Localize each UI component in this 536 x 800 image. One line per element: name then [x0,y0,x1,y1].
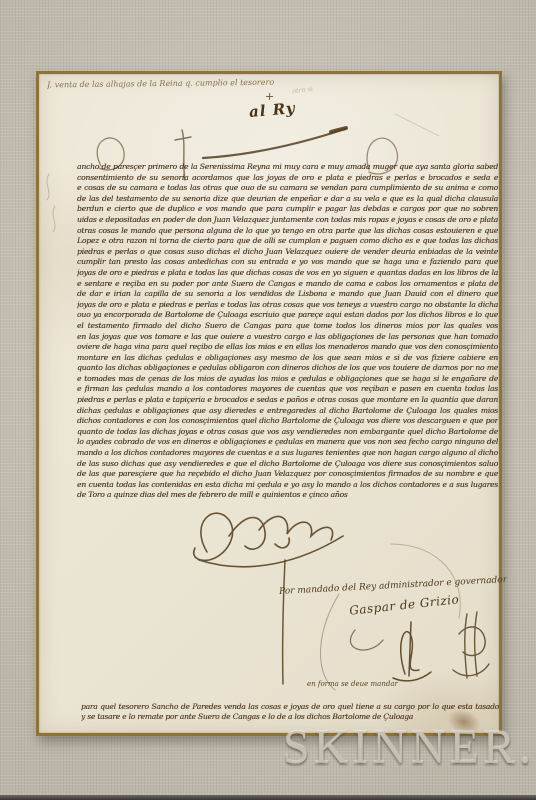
archivist-docket-top: J. venta de las alhajas de la Reina q. c… [47,78,283,90]
manuscript-line: uidas e depositadas en poder de don Juan… [77,215,498,226]
manuscript-line: oviere de haga vina para quel reçibo de … [77,342,498,353]
manuscript-line: quanto de todas las dichas joyas e otras… [77,427,498,438]
manuscript-line: dichas çedulas e obligaçiones que asy di… [77,406,498,417]
clerk-rubric-left [393,622,431,681]
docket-line: para quel tesorero Sancho de Paredes ven… [81,702,499,712]
manuscript-line: e firman las çedulas mando a los contado… [77,384,498,395]
clerk-rubric-right [453,612,489,678]
countersignature-line: Por mandado del Rey administrador e gove… [279,575,507,597]
manuscript-line: ancho de paresçer primero de la Sereniss… [77,162,498,173]
manuscript-line: cumplir tan presto las cosas antedichas … [77,257,498,268]
manuscript-line: de las que paresçiere que ha reçebido el… [77,469,498,480]
royal-rubric-flourish [194,513,343,567]
address-swash-tip [331,128,346,132]
secretary-signature: Gaspar de Grizio [349,592,460,617]
manuscript-line: joyas de oro e piedras e plata e todas l… [77,268,498,279]
skinner-watermark: SKINNER. [283,720,535,775]
manuscript-body-text: ancho de paresçer primero de la Sereniss… [77,162,498,501]
manuscript-line: montare en las dichas çedulas e obligaçi… [77,353,498,364]
signature-descender [320,594,339,690]
faded-marginal-note: otro si [292,85,314,96]
manuscript-line: en las joyas que vos tomare e las que ou… [77,332,498,343]
manuscript-line: piedras e perlas e plata e tapiçeria e b… [77,395,498,406]
manuscript-line: mando a los dichos contadores mayores de… [77,448,498,459]
long-descender-stroke [283,560,285,684]
manuscript-sheet: J. venta de las alhajas de la Reina q. c… [36,71,502,736]
manuscript-line: e sentare e reçiba en su poder por ante … [77,279,498,290]
manuscript-line: berdun e cierto que de duplico e vos man… [77,204,498,215]
manuscript-line: quanto las dichas obligaçiones e çedulas… [77,363,498,374]
manuscript-line: de Toro a quinze dias del mes de febrero… [77,490,498,501]
manuscript-line: otras cosas le mando que persona alguna … [77,226,498,237]
manuscript-line: de las del testamento de su senoria dize… [77,194,498,205]
paper-scratch-line [395,114,439,136]
manuscript-line: en cuenta todas las contenidas en esta d… [77,480,498,491]
manuscript-line: joyas de oro e plata e piedras e perlas … [77,300,498,311]
manuscript-line: consentimiento de su senoria acordamos q… [77,173,498,184]
manuscript-line: piedras e perlas o que cosas suso dichas… [77,247,498,258]
manuscript-line: lo ayades cobrado de vos en dineros e ob… [77,437,498,448]
address-al-rey: al Ry [248,99,296,121]
auction-photograph: J. venta de las alhajas de la Reina q. c… [0,0,536,800]
clerical-docket-bottom: para quel tesorero Sancho de Paredes ven… [81,702,499,722]
office-note: en forma se deue mandar [307,680,398,688]
manuscript-line: dichos contadores e con los conosçimient… [77,416,498,427]
secretary-flourish [350,630,383,650]
manuscript-line: e tomades mas de çenas de los mios de ay… [77,374,498,385]
manuscript-line: e cosas de su camara e todas las otras q… [77,183,498,194]
photo-bottom-edge [0,795,536,800]
manuscript-line: de las suso dichas que asy vendieredes e… [77,459,498,470]
margin-mark-flourish [47,174,55,232]
manuscript-line: de dar e irian la capilla de su senoria … [77,289,498,300]
manuscript-line: ouo ya encorporada de Bartolome de Çuloa… [77,310,498,321]
address-swash-flourish [203,129,345,158]
manuscript-line: el testamento firmado del dicho Suero de… [77,321,498,332]
manuscript-line: Lopez e otra razon ni torna de cierto pa… [77,236,498,247]
